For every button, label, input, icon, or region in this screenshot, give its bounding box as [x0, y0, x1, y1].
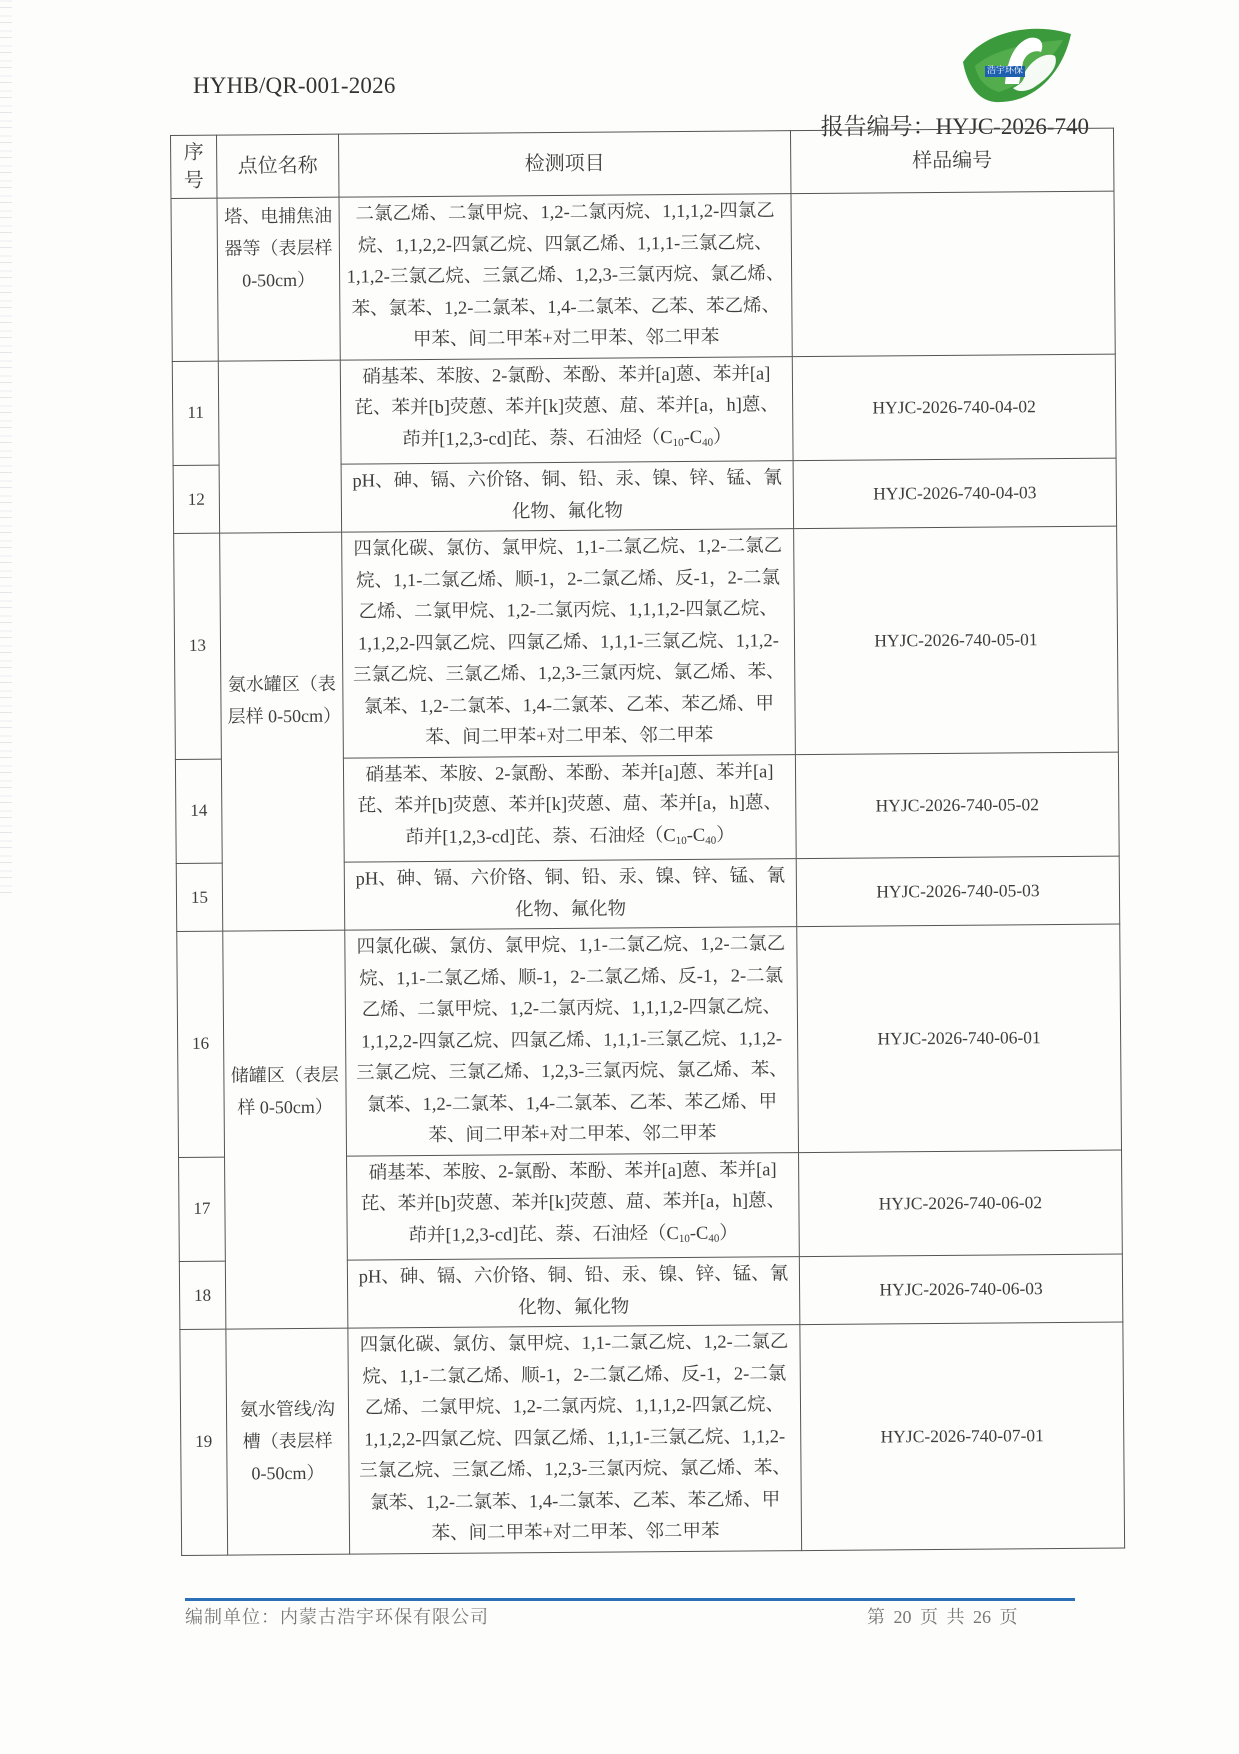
column-header-sample: 样品编号: [790, 128, 1113, 194]
leaf-logo-icon: [955, 22, 1075, 106]
subscript: 10: [679, 1232, 690, 1244]
test-items-cell: 硝基苯、苯胺、2-氯酚、苯酚、苯并[a]蒽、苯并[a]芘、苯并[b]荧蒽、苯并[…: [347, 1152, 800, 1260]
test-items-cell: 四氯化碳、氯仿、氯甲烷、1,1-二氯乙烷、1,2-二氯乙烷、1,1-二氯乙烯、顺…: [342, 529, 796, 758]
items-text: -C: [690, 1223, 709, 1243]
subscript: 40: [705, 834, 716, 846]
company-logo: 浩宇环保: [955, 22, 1075, 106]
items-text: ）: [719, 1223, 738, 1243]
row-no: [171, 198, 218, 361]
sample-no-cell: [791, 191, 1115, 356]
items-text: ）: [716, 825, 735, 845]
test-items-cell: 二氯乙烯、二氯甲烷、1,2-二氯丙烷、1,1,1,2-四氯乙烷、1,1,2,2-…: [339, 194, 792, 360]
test-items-table: 序 号 点位名称 检测项目 样品编号 塔、电捕焦油器等（表层样 0-50cm） …: [170, 128, 1125, 1556]
test-items-cell: 四氯化碳、氯仿、氯甲烷、1,1-二氯乙烷、1,2-二氯乙烷、1,1-二氯乙烯、顺…: [348, 1325, 802, 1554]
row-no: 14: [175, 759, 222, 864]
site-name-cell: 储罐区（表层样 0-50cm）: [223, 930, 348, 1329]
site-name-cell: 氨水罐区（表层样 0-50cm）: [220, 532, 345, 931]
sample-no-cell: HYJC-2026-740-05-03: [796, 856, 1120, 927]
row-no: 15: [176, 863, 223, 931]
row-no: 17: [179, 1157, 226, 1262]
table-row: 塔、电捕焦油器等（表层样 0-50cm） 二氯乙烯、二氯甲烷、1,2-二氯丙烷、…: [171, 191, 1115, 361]
footer-divider: [185, 1598, 1075, 1601]
test-items-cell: 硝基苯、苯胺、2-氯酚、苯酚、苯并[a]蒽、苯并[a]芘、苯并[b]荧蒽、苯并[…: [343, 754, 796, 862]
sample-no-cell: HYJC-2026-740-06-02: [799, 1150, 1123, 1257]
column-header-site: 点位名称: [217, 134, 339, 198]
sample-no-cell: HYJC-2026-740-06-01: [797, 924, 1122, 1152]
row-no: 11: [172, 361, 219, 466]
test-items-cell: pH、砷、镉、六价铬、铜、铅、汞、镍、锌、锰、氰化物、氟化物: [341, 461, 794, 533]
column-header-items: 检测项目: [338, 131, 790, 198]
subscript: 10: [673, 436, 684, 448]
items-text: -C: [687, 825, 706, 845]
footer-page-number: 第 20 页 共 26 页: [867, 1603, 1018, 1629]
test-items-cell: pH、砷、镉、六价铬、铜、铅、汞、镍、锌、锰、氰化物、氟化物: [347, 1257, 800, 1329]
test-items-cell: pH、砷、镉、六价铬、铜、铅、汞、镍、锌、锰、氰化物、氟化物: [344, 859, 797, 931]
row-no: 13: [174, 533, 222, 759]
table-row: 11 硝基苯、苯胺、2-氯酚、苯酚、苯并[a]蒽、苯并[a]芘、苯并[b]荧蒽、…: [172, 354, 1116, 466]
site-name-cell-empty: [218, 360, 341, 533]
test-items-cell: 四氯化碳、氯仿、氯甲烷、1,1-二氯乙烷、1,2-二氯乙烷、1,1-二氯乙烯、顺…: [345, 927, 799, 1156]
row-no: 19: [180, 1329, 228, 1555]
subscript: 40: [708, 1232, 719, 1244]
sample-no-cell: HYJC-2026-740-04-03: [793, 458, 1117, 529]
document-code: HYHB/QR-001-2026: [193, 73, 396, 99]
column-header-no: 序 号: [171, 135, 217, 198]
column-header-no-line2: 号: [171, 167, 216, 195]
table-row: 13 氨水罐区（表层样 0-50cm） 四氯化碳、氯仿、氯甲烷、1,1-二氯乙烷…: [174, 526, 1119, 759]
sample-no-cell: HYJC-2026-740-04-02: [792, 354, 1116, 461]
row-no: 16: [177, 931, 225, 1157]
site-name-cell: 塔、电捕焦油器等（表层样 0-50cm）: [217, 197, 340, 360]
table-row: 16 储罐区（表层样 0-50cm） 四氯化碳、氯仿、氯甲烷、1,1-二氯乙烷、…: [177, 924, 1122, 1157]
items-text: ）: [713, 427, 732, 447]
row-no: 12: [173, 465, 220, 533]
subscript: 40: [702, 436, 713, 448]
logo-text: 浩宇环保: [985, 66, 1025, 77]
row-no: 18: [179, 1261, 226, 1329]
footer-organization: 编制单位：内蒙古浩宇环保有限公司: [185, 1603, 489, 1629]
items-text: -C: [683, 427, 702, 447]
subscript: 10: [676, 834, 687, 846]
sample-no-cell: HYJC-2026-740-07-01: [800, 1322, 1125, 1550]
site-name-cell: 氨水管线/沟槽（表层样 0-50cm）: [226, 1328, 350, 1554]
sample-no-cell: HYJC-2026-740-05-01: [794, 526, 1119, 754]
table-header-row: 序 号 点位名称 检测项目 样品编号: [171, 128, 1114, 198]
column-header-no-line1: 序: [171, 139, 216, 167]
table-row: 19 氨水管线/沟槽（表层样 0-50cm） 四氯化碳、氯仿、氯甲烷、1,1-二…: [180, 1322, 1125, 1555]
sample-no-cell: HYJC-2026-740-06-03: [799, 1254, 1123, 1325]
sample-no-cell: HYJC-2026-740-05-02: [795, 752, 1119, 859]
test-items-cell: 硝基苯、苯胺、2-氯酚、苯酚、苯并[a]蒽、苯并[a]芘、苯并[b]荧蒽、苯并[…: [340, 356, 793, 464]
scan-edge-artifact: [0, 0, 12, 900]
